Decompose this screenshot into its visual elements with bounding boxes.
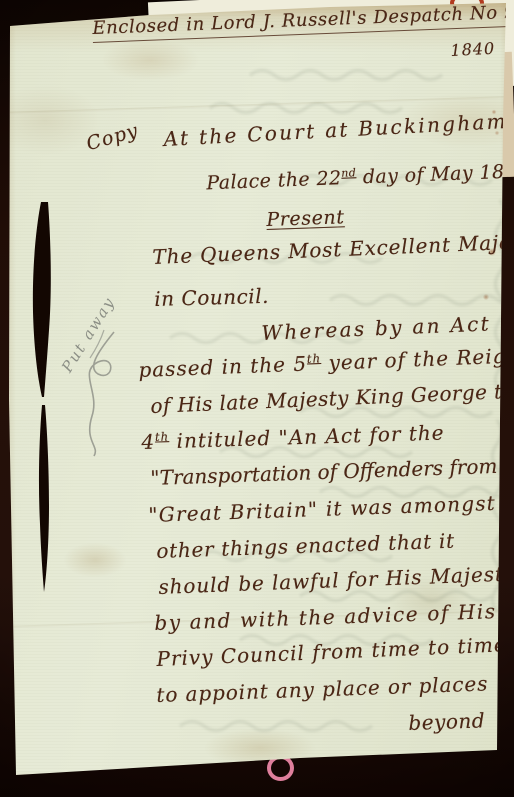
corner-mark: No 6 — [9, 4, 47, 26]
body-line-2-superscript: th — [307, 351, 322, 366]
binding-ribbon-mark — [29, 202, 57, 602]
present-heading: Present — [266, 206, 345, 231]
catchword: beyond — [408, 708, 485, 735]
pencil-flourish — [70, 328, 140, 458]
present-line-2: in Council. — [154, 284, 269, 311]
body-line-4-superscript: th — [155, 429, 170, 443]
photo-mount: No 6 Enclosed in Lord J. Russell's Despa… — [0, 0, 514, 797]
enclosure-year: 1840 — [450, 39, 496, 60]
place-line-2-superscript: nd — [341, 166, 356, 180]
body-line-4-pre: 4 — [141, 430, 155, 454]
manuscript-page: No 6 Enclosed in Lord J. Russell's Despa… — [0, 0, 514, 797]
